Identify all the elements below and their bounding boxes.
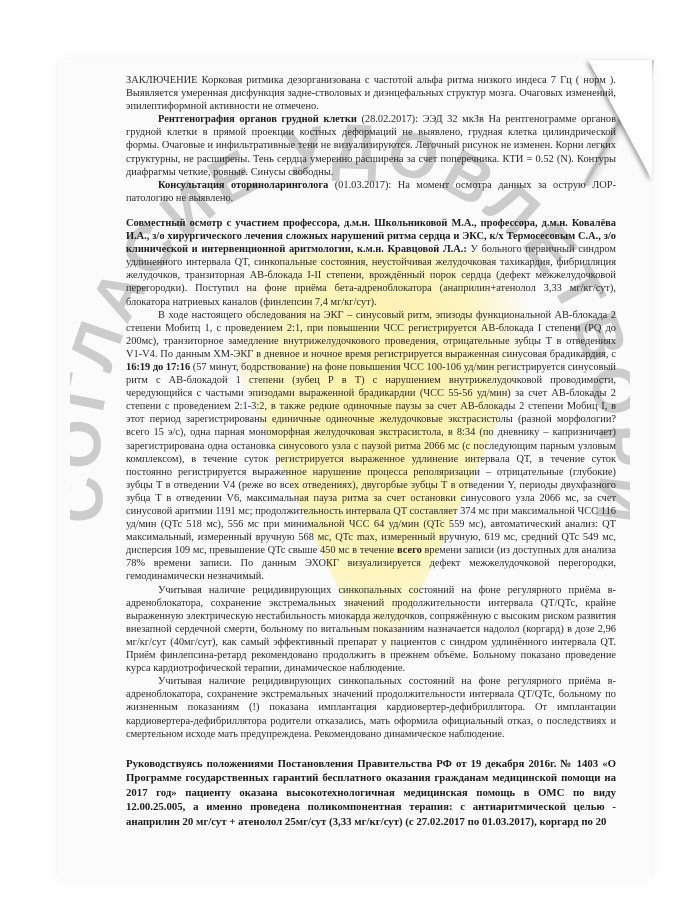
ecg-section: В ходе настоящего обследования на ЭКГ – … — [126, 309, 616, 584]
conclusion-label: ЗАКЛЮЧЕНИЕ — [126, 75, 197, 86]
joint-exam-section: Совместный осмотр с участием профессора,… — [126, 217, 616, 309]
xray-label: Рентгенография органов грудной клетки — [158, 114, 357, 125]
xray-section: Рентгенография органов грудной клетки (2… — [126, 113, 616, 178]
recommendation-nadolol: Учитывая наличие рецидивирующих синкопал… — [126, 584, 616, 676]
legal-basis-paragraph: Руководствуясь положениями Постановления… — [126, 757, 616, 830]
document-body: ЗАКЛЮЧЕНИЕ Корковая ритмика дезорганизов… — [126, 74, 616, 830]
recommendation-icd: Учитывая наличие рецидивирующих синкопал… — [126, 675, 616, 740]
ent-section: Консультация оториноларинголога (01.03.2… — [126, 179, 616, 205]
ent-label: Консультация оториноларинголога — [158, 180, 328, 191]
eeg-conclusion: ЗАКЛЮЧЕНИЕ Корковая ритмика дезорганизов… — [126, 74, 616, 113]
